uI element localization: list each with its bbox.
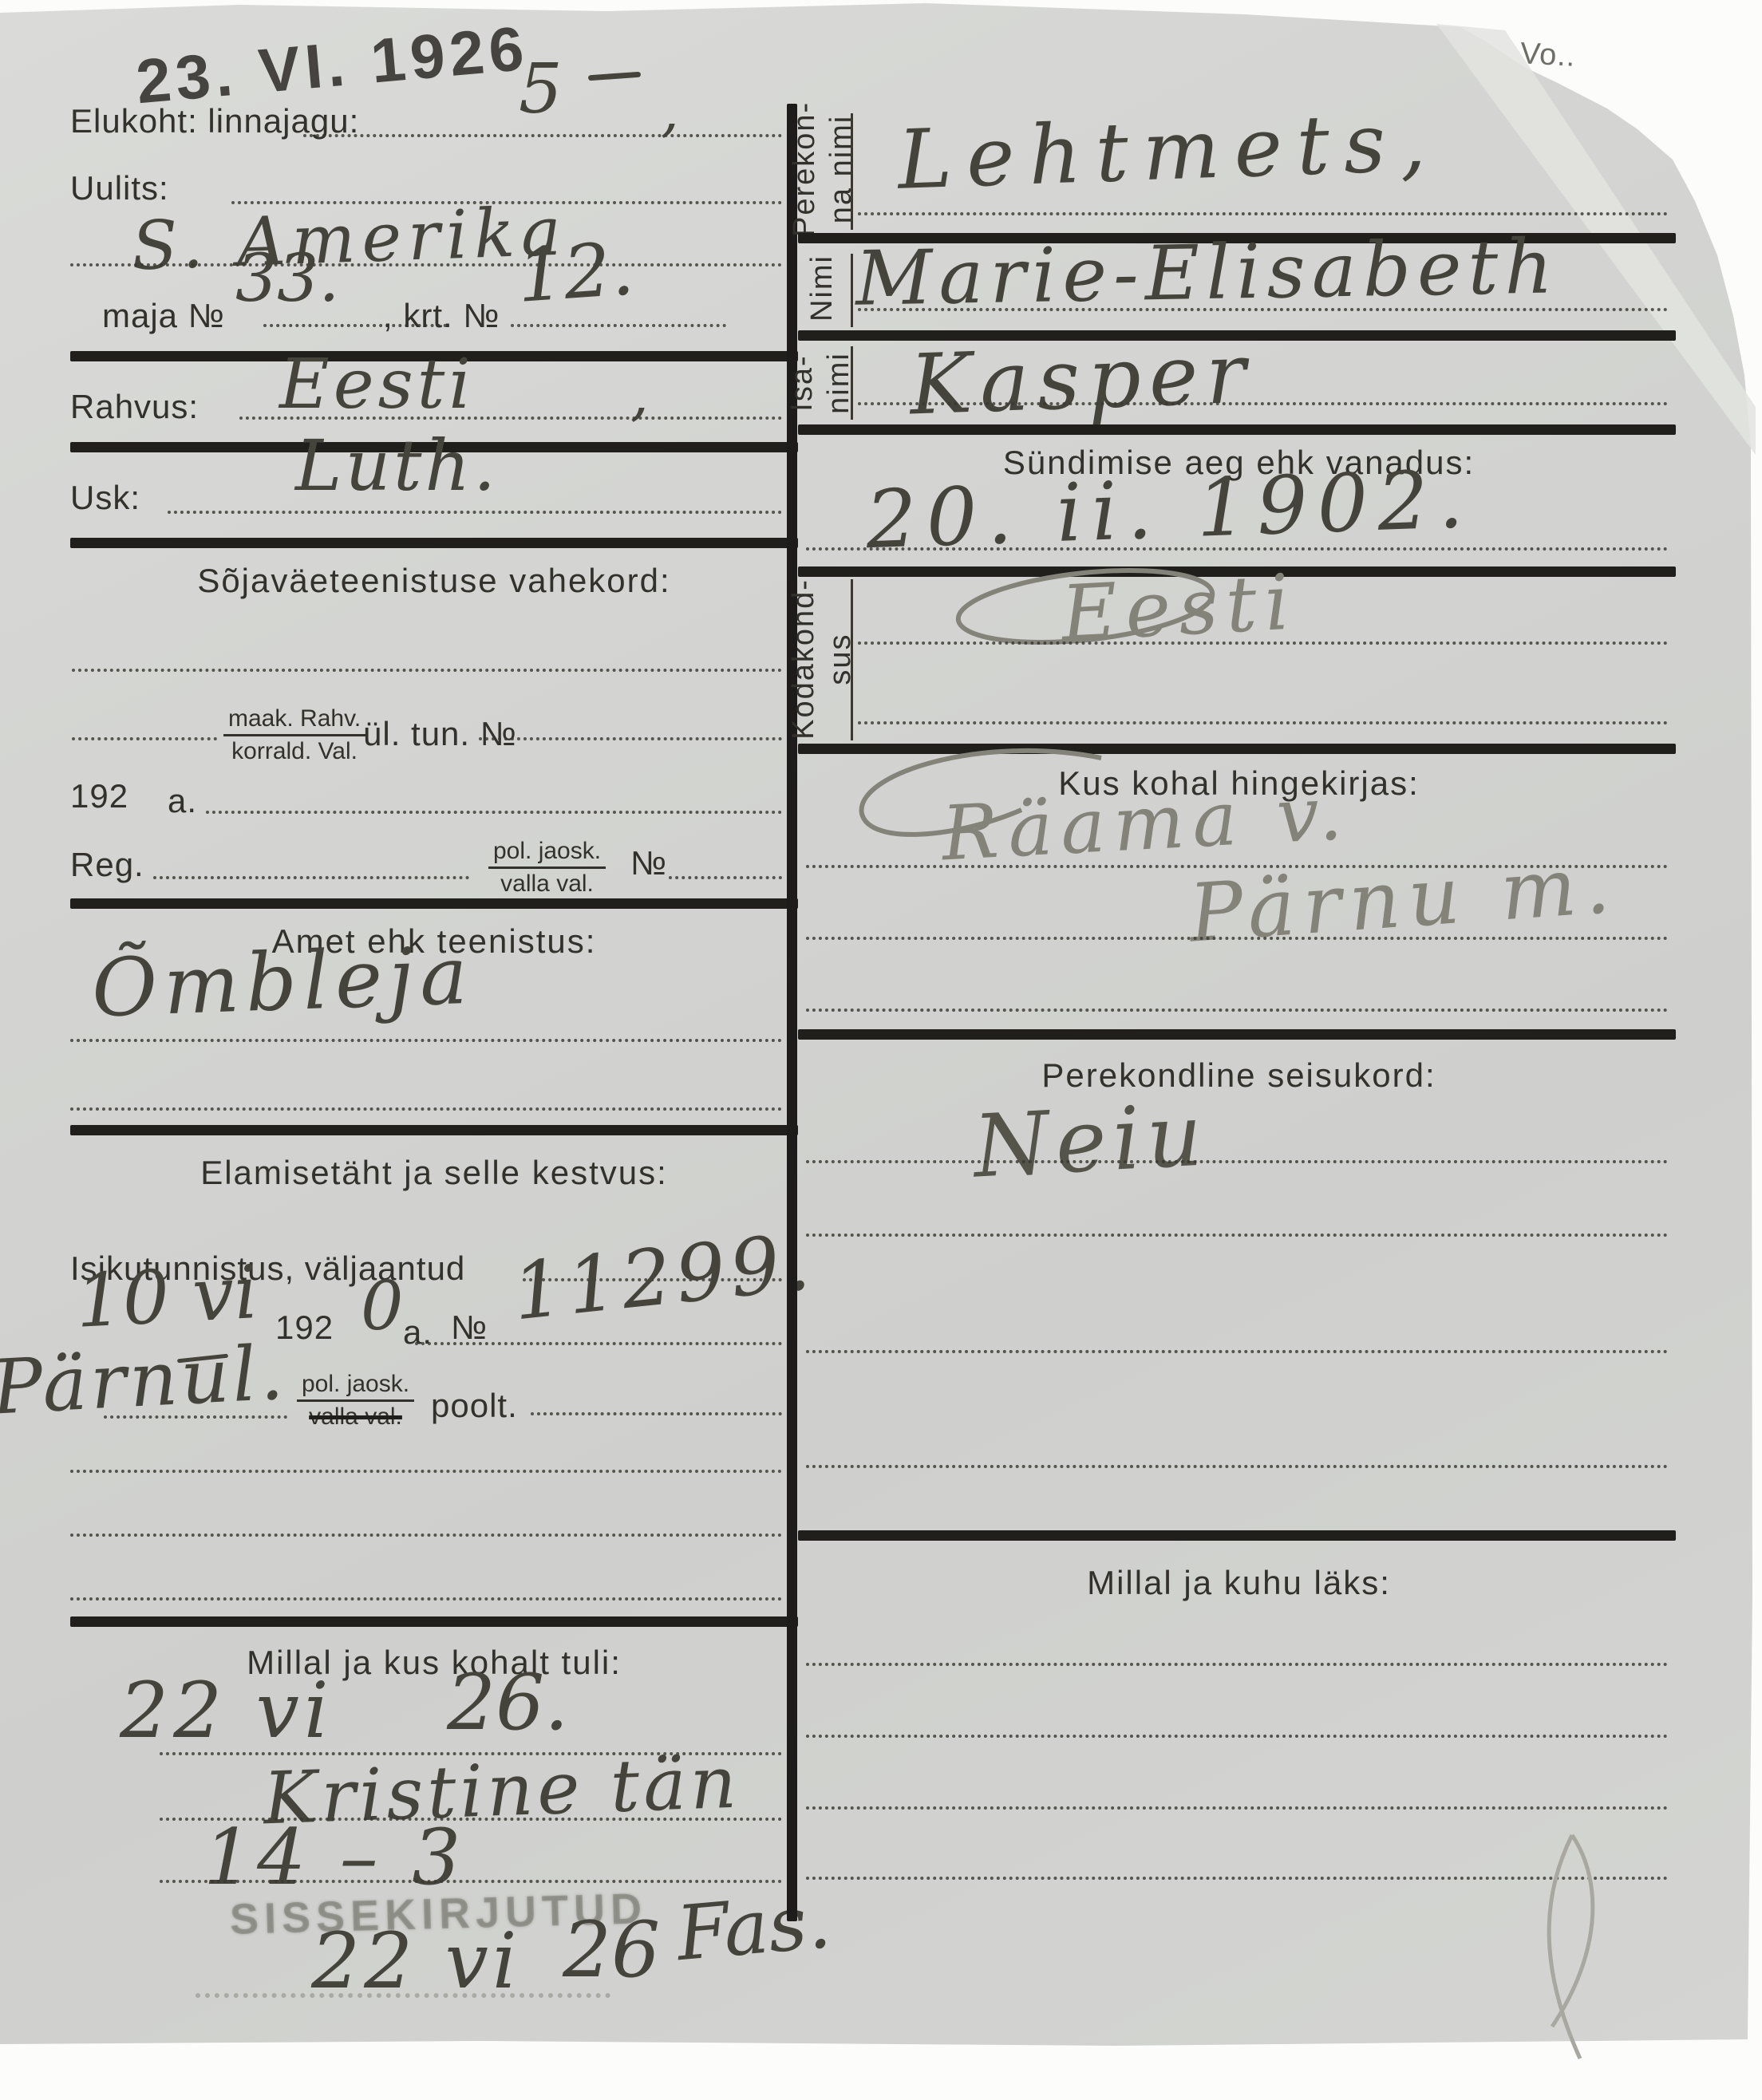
numero-sign: № xyxy=(630,844,667,882)
id-a-label: a. xyxy=(403,1313,433,1352)
parish-line-2 xyxy=(806,937,1668,940)
registration-signature-handwriting: Fas. xyxy=(674,1878,835,1978)
label-rule xyxy=(851,113,853,230)
fraction-top: pol. jaosk. xyxy=(297,1371,414,1402)
registration-year-handwriting: 26 xyxy=(563,1905,660,1995)
year-prefix: 192 xyxy=(70,777,128,815)
reg-label: Reg. xyxy=(70,846,144,884)
divider-bar xyxy=(70,898,798,909)
fraction-bottom: valla val. xyxy=(488,869,606,898)
year-suffix: a. xyxy=(168,782,197,820)
occupation-value-handwriting: Õmbleja xyxy=(90,929,475,1036)
surname-label-line1: Perekon- xyxy=(788,101,821,237)
poolt-label: poolt. xyxy=(431,1387,518,1425)
arrival-line-3 xyxy=(160,1880,782,1883)
religion-label: Usk: xyxy=(70,479,140,517)
reg-line xyxy=(153,876,469,879)
religion-line xyxy=(168,511,782,514)
divider-bar xyxy=(798,424,1676,435)
pol-jaosk-fraction: pol. jaosk. valla val. xyxy=(488,838,606,898)
house-number-label: maja № xyxy=(102,297,225,335)
maak-rahv-fraction: maak. Rahv. korrald. Val. xyxy=(223,705,365,765)
military-line-right xyxy=(479,737,782,740)
military-line xyxy=(72,669,782,672)
citizenship-line-1 xyxy=(858,641,1668,645)
residence-value-handwriting: 5 xyxy=(519,49,563,129)
divider-bar xyxy=(798,1029,1676,1040)
poolt-line xyxy=(531,1412,782,1415)
arrival-date-handwriting: 22 vi xyxy=(120,1666,334,1755)
divider-bar xyxy=(70,538,798,548)
religion-value: Luth. xyxy=(295,424,499,507)
apartment-line xyxy=(511,324,726,327)
occupation-line-2 xyxy=(70,1107,782,1111)
surname-line xyxy=(858,212,1668,215)
arrival-year-handwriting: 26. xyxy=(447,1658,569,1747)
ul-tun-label: ül. tun. № xyxy=(363,715,517,753)
departure-line-2 xyxy=(806,1735,1668,1738)
citizenship-label-line1: Kodakond- xyxy=(787,578,820,740)
military-heading: Sõjaväeteenistuse vahekord: xyxy=(70,562,798,600)
birth-line xyxy=(806,547,1668,551)
departure-heading: Millal ja kuhu läks: xyxy=(802,1564,1676,1602)
marital-line-2 xyxy=(806,1234,1668,1237)
pencil-squiggle xyxy=(1516,1827,1660,2074)
corner-text-fragment: Vo.. xyxy=(1519,37,1577,74)
label-rule xyxy=(851,579,853,740)
registration-card-scan: Vo.. 23. VI. 1926 Elukoht: linnajagu: 5 … xyxy=(0,0,1762,2100)
parish-line-3 xyxy=(806,1009,1668,1012)
street-line-2 xyxy=(70,263,782,266)
empty-line xyxy=(70,1470,782,1473)
issuer-fraction: pol. jaosk. valla val. xyxy=(297,1371,414,1431)
citizenship-line-2 xyxy=(858,721,1668,724)
residence-permit-heading: Elamisetäht ja selle kestvus: xyxy=(70,1154,798,1192)
street-label: Uulits: xyxy=(70,169,169,207)
first-name-label: Nimi xyxy=(804,240,840,336)
residence-comma: , xyxy=(661,77,679,144)
divider-bar xyxy=(798,1530,1676,1541)
label-rule xyxy=(851,346,853,420)
id-date-handwriting: 10 vi xyxy=(73,1249,259,1344)
marital-line-3 xyxy=(806,1350,1668,1353)
surname-value-handwriting: Lehtmets, xyxy=(896,94,1441,208)
nationality-label: Rahvus: xyxy=(70,388,199,426)
label-rule xyxy=(851,254,853,327)
departure-line-1 xyxy=(806,1663,1668,1666)
nationality-value: Eesti xyxy=(279,345,475,424)
id-number-line xyxy=(415,1342,782,1345)
first-name-line xyxy=(858,308,1668,311)
marital-status-value-handwriting: Neiu xyxy=(971,1085,1211,1197)
departure-line-3 xyxy=(806,1806,1668,1810)
residence-line xyxy=(303,134,782,137)
marital-line-4 xyxy=(806,1465,1668,1468)
registration-stamp-dots xyxy=(196,1993,610,1998)
id-year-handwriting: 0 xyxy=(361,1267,403,1345)
first-name-label-text: Nimi xyxy=(805,255,839,322)
divider-bar xyxy=(70,1125,798,1135)
divider-bar xyxy=(70,1616,798,1627)
house-number-value: 33. xyxy=(235,241,339,317)
fraction-top: pol. jaosk. xyxy=(488,838,606,869)
father-name-label-line1: Isa- xyxy=(785,354,819,411)
street-value-handwriting: S. Amerika xyxy=(130,192,568,286)
father-name-value-handwriting: Kasper xyxy=(908,325,1255,434)
marital-status-heading: Perekondline seisukord: xyxy=(802,1056,1676,1095)
reg-number-line xyxy=(669,876,782,879)
fraction-bottom-struck: valla val. xyxy=(297,1402,414,1431)
empty-line xyxy=(70,1534,782,1537)
nationality-line xyxy=(239,416,782,420)
empty-line xyxy=(70,1597,782,1601)
apartment-label: , krt. № xyxy=(383,297,500,335)
fraction-top: maak. Rahv. xyxy=(223,705,365,736)
military-line-left xyxy=(72,737,217,740)
year-line xyxy=(206,811,782,814)
fraction-bottom: korrald. Val. xyxy=(223,736,365,765)
occupation-line xyxy=(70,1039,782,1042)
id-numero-sign: № xyxy=(451,1309,488,1347)
father-name-line xyxy=(858,402,1668,405)
marital-line-1 xyxy=(806,1160,1668,1163)
apartment-value: 12. xyxy=(514,226,636,319)
father-name-label: Isa- nimi xyxy=(784,335,860,431)
issued-place-line xyxy=(104,1415,287,1419)
arrival-house-handwriting: 14 – 3 xyxy=(203,1813,465,1902)
